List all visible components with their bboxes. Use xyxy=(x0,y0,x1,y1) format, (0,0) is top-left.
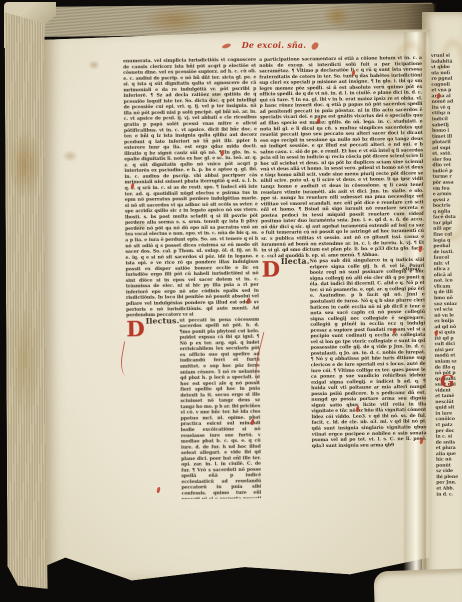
right-column-initial-section: DIlecta. Nō psa sub diū singularco in q … xyxy=(262,257,425,266)
left-column-text-part2: ut peccati in pena cōcessum sacerdos spe… xyxy=(179,317,261,500)
next-page-text-strip: vrunl si indubitā vt qbbo ola nolī ro pg… xyxy=(431,53,462,515)
following-page-corner xyxy=(373,568,462,602)
text-block: enumerata. vel simplicia iurisdictiōis v… xyxy=(0,0,462,602)
incipit-word: Ilecta. xyxy=(281,257,310,267)
lombard-initial-d: D xyxy=(126,320,143,339)
incipit-word: Ilectus. xyxy=(146,316,180,326)
left-column-initial-section: DIlectus. ut peccati in pena cōcessum sa… xyxy=(126,317,259,326)
open-book-photo: De excoi. sña. enumerata. vel simplicia … xyxy=(0,0,462,602)
left-column-text-part1: enumerata. vel simplicia iurisdictiōis v… xyxy=(123,57,259,318)
right-text-column: a participatione sacramentorz si etiā a … xyxy=(259,55,428,510)
right-column-text-part1: a participatione sacramentorz si etiā a … xyxy=(259,55,424,259)
next-page-text: vrunl si indubitā vt qbbo ola nolī ro pg… xyxy=(431,53,462,498)
lombard-initial-g: G xyxy=(440,374,455,391)
right-column-text-part2: Nō psa sub diū singularco in q iudicis s… xyxy=(310,257,427,449)
left-text-column: enumerata. vel simplicia iurisdictiōis v… xyxy=(123,57,261,500)
lombard-initial-d: D xyxy=(262,260,279,279)
